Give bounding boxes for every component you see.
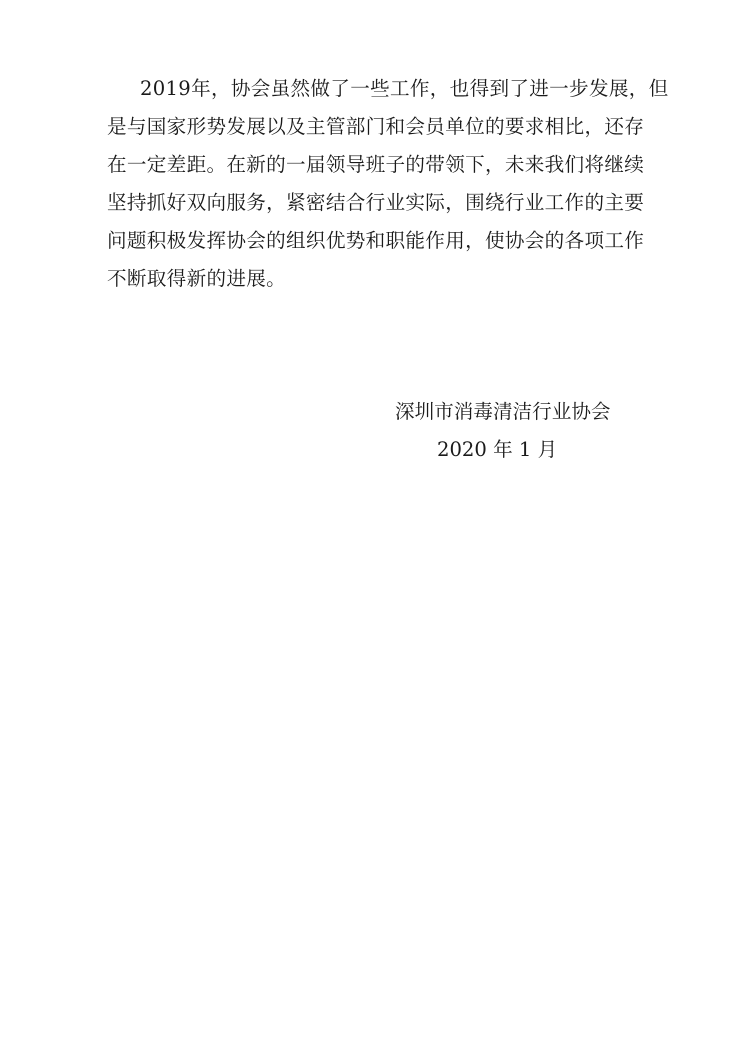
paragraph-line: 在一定差距。在新的一届领导班子的带领下，未来我们将继续 <box>107 146 627 184</box>
paragraph-line: 2019年，协会虽然做了一些工作，也得到了进一步发展，但 <box>107 70 627 108</box>
signature-block: 深圳市消毒清洁行业协会 2020 年 1 月 <box>395 393 611 469</box>
document-page: 2019年，协会虽然做了一些工作，也得到了进一步发展，但 是与国家形势发展以及主… <box>0 0 750 1060</box>
paragraph-line: 坚持抓好双向服务，紧密结合行业实际，围绕行业工作的主要 <box>107 184 627 222</box>
body-paragraph: 2019年，协会虽然做了一些工作，也得到了进一步发展，但 是与国家形势发展以及主… <box>107 70 627 298</box>
signature-organization: 深圳市消毒清洁行业协会 <box>395 393 611 431</box>
paragraph-line: 不断取得新的进展。 <box>107 260 627 298</box>
signature-date: 2020 年 1 月 <box>395 431 611 469</box>
paragraph-line: 问题积极发挥协会的组织优势和职能作用，使协会的各项工作 <box>107 222 627 260</box>
paragraph-line: 是与国家形势发展以及主管部门和会员单位的要求相比，还存 <box>107 108 627 146</box>
